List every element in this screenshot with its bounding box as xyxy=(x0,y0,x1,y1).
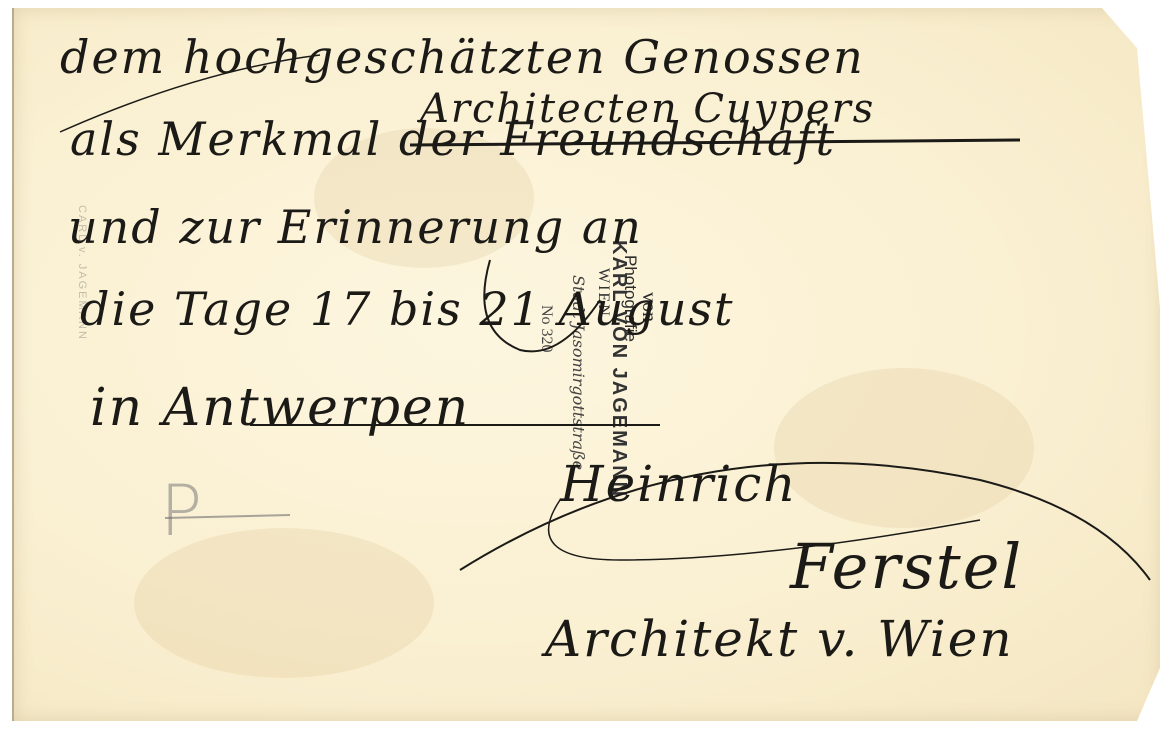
pencil-mark: P xyxy=(160,470,202,552)
signature-title: Architekt v. Wien xyxy=(545,610,1014,668)
paper-stain xyxy=(774,368,1034,528)
handwriting-line-5: in Antwerpen xyxy=(90,378,470,438)
handwriting-line-1: dem hochgeschätzten Genossen xyxy=(60,30,865,84)
signature-surname: Ferstel xyxy=(790,530,1023,603)
handwriting-line-4: die Tage 17 bis 21 August xyxy=(80,282,735,336)
signature-first-name: Heinrich xyxy=(560,455,797,513)
handwriting-line-3: und zur Erinnerung an xyxy=(68,200,643,254)
handwriting-line-2: als Merkmal der Freundschaft xyxy=(70,112,836,166)
